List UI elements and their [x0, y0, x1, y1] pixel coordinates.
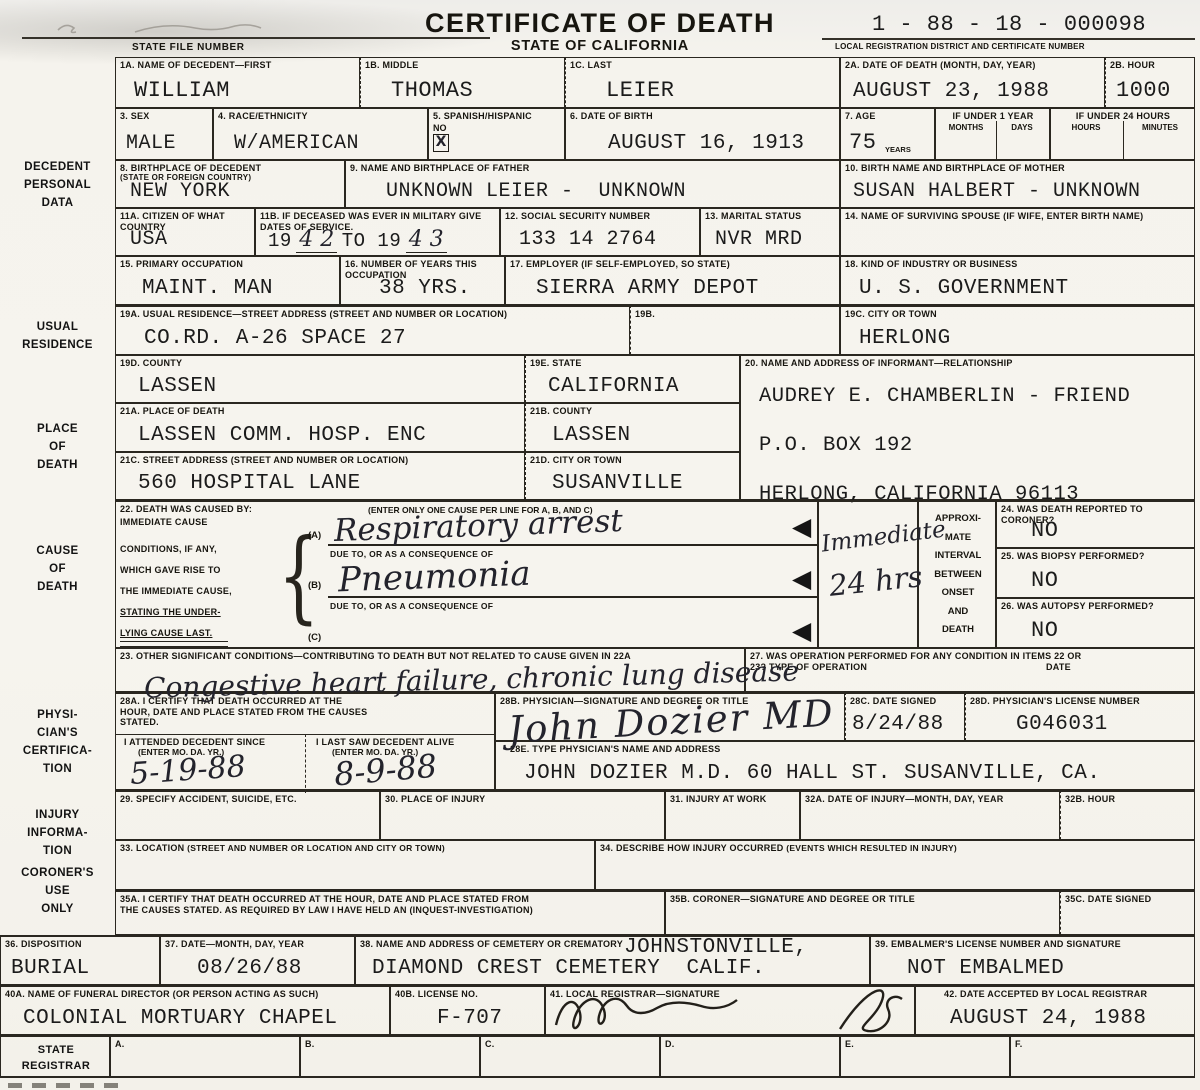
field-4-value: W/AMERICAN — [234, 132, 359, 155]
field-1b-label: 1B. MIDDLE — [365, 60, 561, 71]
page-subtitle: STATE OF CALIFORNIA — [300, 38, 900, 54]
section-label-residence: USUAL RESIDENCE — [0, 318, 115, 354]
field-1c-label: 1C. LAST — [570, 60, 836, 71]
field-19a: 19A. USUAL RESIDENCE—STREET ADDRESS (STR… — [115, 305, 630, 355]
cause-b-handwritten: Pneumonia — [337, 554, 531, 601]
field-33: 33. LOCATION (STREET AND NUMBER OR LOCAT… — [115, 840, 595, 890]
certificate-number: 1 - 88 - 18 - 000098 — [872, 12, 1146, 37]
field-13-value: NVR MRD — [715, 228, 803, 251]
field-21d-label: 21D. CITY OR TOWN — [530, 455, 736, 466]
field-19e-label: 19E. STATE — [530, 358, 736, 369]
field-26: 26. WAS AUTOPSY PERFORMED? NO — [996, 598, 1195, 648]
divider — [996, 121, 997, 159]
field-12: 12. SOCIAL SECURITY NUMBER 133 14 2764 — [500, 208, 700, 256]
local-registrar-signature-scribble — [542, 967, 942, 1039]
field-21c-label: 21C. STREET ADDRESS (STREET AND NUMBER O… — [120, 455, 521, 466]
cause-b-arrow-icon: ◀ — [792, 567, 811, 592]
cause-a-arrow-icon: ◀ — [792, 515, 811, 540]
field-34-label-text: 34. DESCRIBE HOW INJURY OCCURRED — [600, 843, 784, 853]
field-under-1-year: IF UNDER 1 YEAR MONTHS DAYS — [935, 108, 1050, 160]
field-37-label: 37. DATE—MONTH, DAY, YEAR — [165, 939, 351, 950]
field-40b-value: F-707 — [437, 1007, 503, 1030]
registrar-cell-c: C. — [480, 1035, 660, 1078]
field-1c: 1C. LAST LEIER — [565, 57, 840, 108]
section-label-state-registrar: STATE REGISTRAR — [1, 1042, 111, 1074]
field-29-label: 29. SPECIFY ACCIDENT, SUICIDE, ETC. — [120, 794, 376, 805]
field-11b-print1: 19 — [268, 230, 292, 252]
field-under-1-year-label: IF UNDER 1 YEAR — [940, 111, 1046, 122]
field-34-note: (EVENTS WHICH RESULTED IN INJURY) — [786, 843, 957, 853]
field-28d-value: G046031 — [1016, 713, 1108, 736]
field-21d-value: SUSANVILLE — [552, 472, 683, 495]
field-42: 42. DATE ACCEPTED BY LOCAL REGISTRAR AUG… — [915, 985, 1195, 1035]
field-16: 16. NUMBER OF YEARS THIS OCCUPATION 38 Y… — [340, 256, 505, 305]
field-21a-label: 21A. PLACE OF DEATH — [120, 406, 521, 417]
field-35a-statement: 35A. I CERTIFY THAT DEATH OCCURRED AT TH… — [120, 894, 656, 915]
registrar-cell-a-label: A. — [115, 1039, 296, 1050]
field-1c-value: LEIER — [606, 78, 675, 103]
field-19d-value: LASSEN — [138, 375, 217, 398]
field-20-value: AUDREY E. CHAMBERLIN - FRIEND P.O. BOX 1… — [759, 372, 1130, 519]
field-17-label: 17. EMPLOYER (IF SELF-EMPLOYED, SO STATE… — [510, 259, 836, 270]
field-19c-value: HERLONG — [859, 327, 951, 350]
field-30-label: 30. PLACE OF INJURY — [385, 794, 661, 805]
field-37-value: 08/26/88 — [197, 957, 302, 980]
field-40b: 40B. LICENSE NO. F-707 — [390, 985, 545, 1035]
field-11b-handwritten1: 4 2 — [296, 227, 337, 253]
attended-since-value: 5-19-88 — [129, 749, 247, 792]
field-2b: 2B. HOUR 1000 — [1105, 57, 1195, 108]
field-35b-label: 35B. CORONER—SIGNATURE AND DEGREE OR TIT… — [670, 894, 1056, 905]
interval-handwritten-column: Immediate 24 hrs — [818, 500, 918, 648]
field-19c: 19C. CITY OR TOWN HERLONG — [840, 305, 1195, 355]
field-19a-label: 19A. USUAL RESIDENCE—STREET ADDRESS (STR… — [120, 309, 626, 320]
field-28d-label: 28D. PHYSICIAN'S LICENSE NUMBER — [970, 696, 1191, 707]
field-2b-value: 1000 — [1116, 78, 1171, 103]
field-26-value: NO — [1031, 618, 1058, 643]
registrar-cell-d-label: D. — [665, 1039, 836, 1050]
field-31: 31. INJURY AT WORK — [665, 790, 800, 840]
field-15-label: 15. PRIMARY OCCUPATION — [120, 259, 336, 270]
registrar-cell-d: D. — [660, 1035, 840, 1078]
field-13: 13. MARITAL STATUS NVR MRD — [700, 208, 840, 256]
field-1a-label: 1A. NAME OF DECEDENT—FIRST — [120, 60, 356, 71]
field-39-label: 39. EMBALMER'S LICENSE NUMBER AND SIGNAT… — [875, 939, 1191, 950]
field-30: 30. PLACE OF INJURY — [380, 790, 665, 840]
field-28b: 28B. PHYSICIAN—SIGNATURE AND DEGREE OR T… — [495, 692, 845, 741]
field-2a-label: 2A. DATE OF DEATH (MONTH, DAY, YEAR) — [845, 60, 1101, 71]
field-19d-label: 19D. COUNTY — [120, 358, 521, 369]
field-28c-label: 28C. DATE SIGNED — [850, 696, 961, 707]
field-24: 24. WAS DEATH REPORTED TO CORONER? NO — [996, 500, 1195, 548]
field-21a: 21A. PLACE OF DEATH LASSEN COMM. HOSP. E… — [115, 403, 525, 452]
field-32b-label: 32B. HOUR — [1065, 794, 1191, 805]
field-21b-label: 21B. COUNTY — [530, 406, 736, 417]
field-35b: 35B. CORONER—SIGNATURE AND DEGREE OR TIT… — [665, 890, 1060, 935]
field-19e: 19E. STATE CALIFORNIA — [525, 355, 740, 403]
registrar-cell-a: A. — [110, 1035, 300, 1078]
hours-label: HOURS — [1053, 123, 1119, 132]
local-reg-label: LOCAL REGISTRATION DISTRICT AND CERTIFIC… — [835, 42, 1085, 51]
field-8-value: NEW YORK — [130, 180, 230, 203]
registrar-cell-b: B. — [300, 1035, 480, 1078]
field-4: 4. RACE/ETHNICITY W/AMERICAN — [213, 108, 428, 160]
field-27: 27. WAS OPERATION PERFORMED FOR ANY COND… — [745, 648, 1195, 692]
death-certificate-scan: STATE FILE NUMBER CERTIFICATE OF DEATH S… — [0, 0, 1200, 1090]
field-21b: 21B. COUNTY LASSEN — [525, 403, 740, 452]
cause-a-tag: (A) — [308, 530, 321, 541]
field-4-label: 4. RACE/ETHNICITY — [218, 111, 424, 122]
field-19b: 19B. — [630, 305, 840, 355]
field-32b: 32B. HOUR — [1060, 790, 1195, 840]
field-14: 14. NAME OF SURVIVING SPOUSE (IF WIFE, E… — [840, 208, 1195, 256]
last-saw-alive-value: 8-9-88 — [333, 747, 439, 794]
field-28c-value: 8/24/88 — [852, 713, 944, 736]
field-5-checkbox: X — [433, 134, 449, 152]
field-7: 7. AGE 75 YEARS — [840, 108, 935, 160]
field-25: 25. WAS BIOPSY PERFORMED? NO — [996, 548, 1195, 598]
cut-off-form-number — [8, 1083, 128, 1088]
section-label-place: PLACE OF DEATH — [0, 420, 115, 474]
field-33-note: (STREET AND NUMBER OR LOCATION AND CITY … — [187, 843, 445, 853]
field-35c-label: 35C. DATE SIGNED — [1065, 894, 1191, 905]
field-37: 37. DATE—MONTH, DAY, YEAR 08/26/88 — [160, 935, 355, 985]
state-file-label: STATE FILE NUMBER — [132, 42, 245, 53]
field-35c: 35C. DATE SIGNED — [1060, 890, 1195, 935]
field-7-value: 75 — [849, 130, 876, 155]
field-7-label: 7. AGE — [845, 111, 931, 122]
field-28d: 28D. PHYSICIAN'S LICENSE NUMBER G046031 — [965, 692, 1195, 741]
field-2b-label: 2B. HOUR — [1110, 60, 1191, 71]
field-17: 17. EMPLOYER (IF SELF-EMPLOYED, SO STATE… — [505, 256, 840, 305]
field-14-label: 14. NAME OF SURVIVING SPOUSE (IF WIFE, E… — [845, 211, 1191, 222]
field-15: 15. PRIMARY OCCUPATION MAINT. MAN — [115, 256, 340, 305]
section-label-decedent: DECEDENT PERSONAL DATA — [0, 158, 115, 212]
field-28e-value: JOHN DOZIER M.D. 60 HALL ST. SUSANVILLE,… — [524, 762, 1101, 785]
field-25-label: 25. WAS BIOPSY PERFORMED? — [1001, 551, 1191, 562]
field-24-label: 24. WAS DEATH REPORTED TO CORONER? — [1001, 504, 1191, 525]
field-12-label: 12. SOCIAL SECURITY NUMBER — [505, 211, 696, 222]
field-7-unit: YEARS — [885, 145, 911, 154]
registrar-cell-e-label: E. — [845, 1039, 1006, 1050]
due-to-label-2: DUE TO, OR AS A CONSEQUENCE OF — [330, 601, 493, 611]
field-11b-handwritten2: 4 3 — [406, 227, 447, 253]
field-34-label: 34. DESCRIBE HOW INJURY OCCURRED (EVENTS… — [600, 843, 1191, 854]
cause-side-text-5: LYING CAUSE LAST. — [120, 628, 814, 639]
section-label-physician: PHYSI- CIAN'S CERTIFICA- TION — [0, 706, 115, 778]
field-6: 6. DATE OF BIRTH AUGUST 16, 1913 — [565, 108, 840, 160]
field-36: 36. DISPOSITION BURIAL — [0, 935, 160, 985]
field-20-informant: 20. NAME AND ADDRESS OF INFORMANT—RELATI… — [740, 355, 1195, 500]
field-8: 8. BIRTHPLACE OF DECEDENT (STATE OR FORE… — [115, 160, 345, 208]
double-rule — [120, 641, 228, 647]
field-1a: 1A. NAME OF DECEDENT—FIRST WILLIAM — [115, 57, 360, 108]
field-1b: 1B. MIDDLE THOMAS — [360, 57, 565, 108]
field-25-value: NO — [1031, 568, 1058, 593]
field-23: 23. OTHER SIGNIFICANT CONDITIONS—CONTRIB… — [115, 648, 745, 692]
registrar-cell-e: E. — [840, 1035, 1010, 1078]
field-20-label: 20. NAME AND ADDRESS OF INFORMANT—RELATI… — [745, 358, 1191, 369]
field-33-label: 33. LOCATION (STREET AND NUMBER OR LOCAT… — [120, 843, 591, 854]
field-35a: 35A. I CERTIFY THAT DEATH OCCURRED AT TH… — [115, 890, 665, 935]
field-under-24-hours-label: IF UNDER 24 HOURS — [1055, 111, 1191, 122]
field-40a: 40A. NAME OF FUNERAL DIRECTOR (OR PERSON… — [0, 985, 390, 1035]
field-18-value: U. S. GOVERNMENT — [859, 277, 1069, 300]
field-34: 34. DESCRIBE HOW INJURY OCCURRED (EVENTS… — [595, 840, 1195, 890]
field-38-overlay: JOHNSTONVILLE, — [624, 936, 807, 959]
field-1a-value: WILLIAM — [134, 78, 230, 103]
field-21c: 21C. STREET ADDRESS (STREET AND NUMBER O… — [115, 452, 525, 500]
field-33-label-text: 33. LOCATION — [120, 843, 184, 853]
local-reg-line — [822, 38, 1195, 40]
field-9: 9. NAME AND BIRTHPLACE OF FATHER UNKNOWN… — [345, 160, 840, 208]
field-19d: 19D. COUNTY LASSEN — [115, 355, 525, 403]
minutes-label: MINUTES — [1128, 123, 1192, 132]
registrar-cell-f: F. — [1010, 1035, 1195, 1078]
divider — [1123, 121, 1124, 159]
last-saw-alive-label: I LAST SAW DECEDENT ALIVE — [316, 737, 493, 748]
field-21d: 21D. CITY OR TOWN SUSANVILLE — [525, 452, 740, 500]
field-32a-label: 32A. DATE OF INJURY—MONTH, DAY, YEAR — [805, 794, 1056, 805]
field-21b-value: LASSEN — [552, 424, 631, 447]
field-11b-print2: TO 19 — [342, 230, 402, 252]
field-19a-value: CO.RD. A-26 SPACE 27 — [144, 327, 406, 350]
page-title: CERTIFICATE OF DEATH — [300, 8, 900, 39]
field-1b-value: THOMAS — [391, 78, 473, 103]
field-6-value: AUGUST 16, 1913 — [608, 132, 805, 155]
section-label-coroner: CORONER'S USE ONLY — [0, 864, 115, 918]
field-28c: 28C. DATE SIGNED 8/24/88 — [845, 692, 965, 741]
registrar-cell-b-label: B. — [305, 1039, 476, 1050]
field-16-value: 38 YRS. — [379, 277, 471, 300]
field-3-value: MALE — [126, 132, 176, 155]
attended-since-box: I ATTENDED DECEDENT SINCE (ENTER MO. DA.… — [116, 734, 305, 793]
field-41: 41. LOCAL REGISTRAR—SIGNATURE — [545, 985, 915, 1035]
field-9-label: 9. NAME AND BIRTHPLACE OF FATHER — [350, 163, 836, 174]
state-registrar-label-cell: STATE REGISTRAR — [0, 1035, 110, 1078]
field-8-label: 8. BIRTHPLACE OF DECEDENT — [120, 163, 341, 174]
field-15-value: MAINT. MAN — [142, 277, 273, 300]
field-40a-value: COLONIAL MORTUARY CHAPEL — [23, 1007, 337, 1030]
field-28a: 28A. I CERTIFY THAT DEATH OCCURRED AT TH… — [115, 692, 495, 790]
field-11b: 11B. IF DECEASED WAS EVER IN MILITARY GI… — [255, 208, 500, 256]
field-2a: 2A. DATE OF DEATH (MONTH, DAY, YEAR) AUG… — [840, 57, 1105, 108]
field-38-label: 38. NAME AND ADDRESS OF CEMETERY OR CREM… — [360, 939, 650, 950]
field-42-label: 42. DATE ACCEPTED BY LOCAL REGISTRAR — [944, 989, 1191, 1000]
section-label-injury: INJURY INFORMA- TION — [0, 806, 115, 860]
cause-c-arrow-icon: ◀ — [792, 619, 811, 644]
field-5: 5. SPANISH/HISPANIC NO X — [428, 108, 565, 160]
field-18-label: 18. KIND OF INDUSTRY OR BUSINESS — [845, 259, 1191, 270]
field-10-value: SUSAN HALBERT - UNKNOWN — [853, 180, 1141, 203]
field-21a-value: LASSEN COMM. HOSP. ENC — [138, 424, 426, 447]
field-40a-label: 40A. NAME OF FUNERAL DIRECTOR (OR PERSON… — [5, 989, 386, 1000]
field-5-label: 5. SPANISH/HISPANIC — [433, 111, 561, 122]
field-19b-label: 19B. — [635, 309, 836, 320]
field-29: 29. SPECIFY ACCIDENT, SUICIDE, ETC. — [115, 790, 380, 840]
field-2a-value: AUGUST 23, 1988 — [853, 80, 1050, 103]
days-label: DAYS — [997, 123, 1047, 132]
field-27-label: 27. WAS OPERATION PERFORMED FOR ANY COND… — [750, 651, 1191, 662]
field-11a: 11A. CITIZEN OF WHAT COUNTRY USA — [115, 208, 255, 256]
attended-since-label: I ATTENDED DECEDENT SINCE — [124, 737, 302, 748]
field-17-value: SIERRA ARMY DEPOT — [536, 277, 759, 300]
field-28e: 28E. TYPE PHYSICIAN'S NAME AND ADDRESS J… — [495, 741, 1195, 790]
months-label: MONTHS — [938, 123, 994, 132]
field-18: 18. KIND OF INDUSTRY OR BUSINESS U. S. G… — [840, 256, 1195, 305]
cause-c-tag: (C) — [308, 632, 321, 643]
field-3: 3. SEX MALE — [115, 108, 213, 160]
field-6-label: 6. DATE OF BIRTH — [570, 111, 836, 122]
field-40b-label: 40B. LICENSE NO. — [395, 989, 541, 1000]
field-5-no-label: NO — [433, 123, 447, 133]
field-3-label: 3. SEX — [120, 111, 209, 122]
field-26-label: 26. WAS AUTOPSY PERFORMED? — [1001, 601, 1191, 612]
field-13-label: 13. MARITAL STATUS — [705, 211, 836, 222]
field-9-value: UNKNOWN LEIER - UNKNOWN — [386, 180, 686, 203]
field-36-value: BURIAL — [11, 957, 90, 980]
field-11a-value: USA — [130, 228, 168, 251]
field-19e-value: CALIFORNIA — [548, 375, 679, 398]
section-label-cause: CAUSE OF DEATH — [0, 542, 115, 596]
field-27-date-label: DATE — [1046, 662, 1191, 673]
field-24-value: NO — [1031, 518, 1058, 543]
field-10-label: 10. BIRTH NAME AND BIRTHPLACE OF MOTHER — [845, 163, 1191, 174]
field-21c-value: 560 HOSPITAL LANE — [138, 472, 361, 495]
cause-b-tag: (B) — [308, 580, 321, 591]
last-saw-alive-box: I LAST SAW DECEDENT ALIVE (ENTER MO. DA.… — [305, 734, 496, 793]
field-under-24-hours: IF UNDER 24 HOURS HOURS MINUTES — [1050, 108, 1195, 160]
registrar-cell-c-label: C. — [485, 1039, 656, 1050]
field-22-cause-of-death: 22. DEATH WAS CAUSED BY: (ENTER ONLY ONE… — [115, 500, 818, 648]
field-42-value: AUGUST 24, 1988 — [950, 1007, 1147, 1030]
field-19c-label: 19C. CITY OR TOWN — [845, 309, 1191, 320]
interval-b-handwritten: 24 hrs — [827, 559, 924, 603]
field-32a: 32A. DATE OF INJURY—MONTH, DAY, YEAR — [800, 790, 1060, 840]
field-36-label: 36. DISPOSITION — [5, 939, 156, 950]
field-10: 10. BIRTH NAME AND BIRTHPLACE OF MOTHER … — [840, 160, 1195, 208]
field-12-value: 133 14 2764 — [519, 228, 657, 251]
registrar-cell-f-label: F. — [1015, 1039, 1191, 1050]
field-31-label: 31. INJURY AT WORK — [670, 794, 796, 805]
